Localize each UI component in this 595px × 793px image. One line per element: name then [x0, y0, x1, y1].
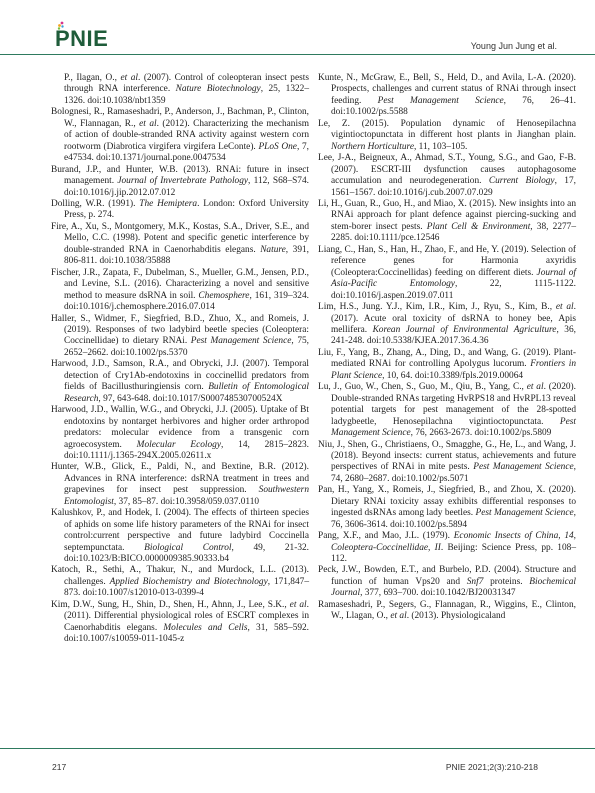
journal-citation: PNIE 2021;2(3):210-218 — [446, 762, 538, 772]
reference-entry: Lee, J-A., Beigneux, A., Ahmad, S.T., Yo… — [318, 153, 576, 199]
reference-entry: Pang, X.F., and Mao, J.L. (1979). Econom… — [318, 531, 576, 565]
page-number: 217 — [52, 762, 66, 772]
reference-entry: Le, Z. (2015). Population dynamic of Hen… — [318, 119, 576, 153]
reference-entry: P., Ilagan, O., et al. (2007). Control o… — [51, 73, 309, 107]
reference-text: , 11, 103–105. — [414, 142, 467, 152]
reference-italic-text: The Hemiptera — [139, 199, 197, 209]
reference-entry: Haller, S., Widmer, F., Siegfried, B.D.,… — [51, 314, 309, 360]
reference-text: , 97, 643-648. doi:10.1017/S000748530700… — [98, 394, 282, 404]
reference-text: , 10, 64. doi:10.3389/fpls.2019.00064 — [382, 371, 523, 381]
reference-italic-text: et al — [527, 382, 544, 392]
footer-rule — [0, 748, 595, 749]
reference-italic-text: et al — [120, 73, 138, 83]
reference-entry: Li, H., Guan, R., Guo, H., and Miao, X. … — [318, 199, 576, 245]
reference-text: , 76, 2663-2673. doi:10.1002/ps.5809 — [411, 428, 552, 438]
reference-italic-text: Pest Management Science — [191, 336, 292, 346]
reference-italic-text: Biological Control — [144, 543, 231, 553]
reference-italic-text: et al — [290, 600, 307, 610]
reference-entry: Kunte, N., McGraw, E., Bell, S., Held, D… — [318, 73, 576, 119]
reference-entry: Liang, C., Han, S., Han, H., Zhao, F., a… — [318, 245, 576, 302]
reference-text: Lim, H.S., Jung. Y.J., Kim, I.R., Kim, J… — [318, 302, 556, 312]
reference-italic-text: Nature — [260, 245, 286, 255]
reference-entry: Burand, J.P., and Hunter, W.B. (2013). R… — [51, 165, 309, 199]
reference-italic-text: Korean Journal of Environmental Agricult… — [373, 325, 557, 335]
reference-italic-text: Pest Management Science — [378, 96, 504, 106]
reference-entry: Pan, H., Yang, X., Romeis, J., Siegfried… — [318, 485, 576, 531]
reference-entry: Liu, F., Yang, B., Zhang, A., Ding, D., … — [318, 348, 576, 382]
reference-italic-text: Current Biology — [489, 176, 555, 186]
reference-text: Dolling, W.R. (1991). — [51, 199, 139, 209]
running-head-authors: Young Jun Jung et al. — [471, 41, 557, 51]
reference-entry: Lim, H.S., Jung. Y.J., Kim, I.R., Kim, J… — [318, 302, 576, 348]
reference-entry: Peck, J.W., Bowden, E.T., and Burbelo, P… — [318, 565, 576, 599]
reference-italic-text: Northern Horticulture — [331, 142, 414, 152]
journal-logo: PNIE — [55, 28, 108, 50]
reference-italic-text: et al — [556, 302, 574, 312]
reference-entry: Lu, J., Guo, W., Chen, S., Guo, M., Qiu,… — [318, 382, 576, 439]
reference-entry: Bolognesi, R., Ramaseshadri, P., Anderso… — [51, 107, 309, 164]
reference-entry: Ramaseshadri, P., Segers, G., Flannagan,… — [318, 600, 576, 623]
references-column-right: Kunte, N., McGraw, E., Bell, S., Held, D… — [318, 73, 576, 623]
reference-text: Pang, X.F., and Mao, J.L. (1979). — [318, 531, 454, 541]
reference-entry: Kalushkov, P., and Hodek, I. (2004). The… — [51, 508, 309, 565]
reference-italic-text: et al — [390, 611, 406, 621]
reference-text: Le, Z. (2015). Population dynamic of Hen… — [318, 119, 576, 140]
reference-italic-text: Nature Biotechnology — [176, 84, 261, 94]
reference-italic-text: Pest Management Science — [476, 508, 574, 518]
reference-italic-text: Plant Cell & Environment — [427, 222, 531, 232]
reference-text: , 37, 85–87. doi:10.3958/059.037.0110 — [114, 497, 259, 507]
references-column-left: P., Ilagan, O., et al. (2007). Control o… — [51, 73, 309, 646]
reference-italic-text: Chemosphere — [198, 291, 249, 301]
reference-text: Kim, D.W., Sung, H., Shin, D., Shen, H.,… — [51, 600, 290, 610]
reference-italic-text: Applied Biochemistry and Biotechnology — [110, 577, 268, 587]
reference-entry: Fischer, J.R., Zapata, F., Dubelman, S.,… — [51, 268, 309, 314]
reference-text: P., Ilagan, O., — [64, 73, 120, 83]
header-rule — [0, 54, 595, 55]
reference-italic-text: Journal of Invertebrate Pathology — [117, 176, 248, 186]
reference-italic-text: et al — [139, 119, 156, 129]
reference-text: proteins. — [483, 577, 529, 587]
reference-entry: Hunter, W.B., Glick, E., Paldi, N., and … — [51, 462, 309, 508]
reference-entry: Fire, A., Xu, S., Montgomery, M.K., Kost… — [51, 222, 309, 268]
reference-italic-text: Molecules and Cells — [163, 623, 247, 633]
reference-text: . (2013). Physiologicaland — [407, 611, 506, 621]
reference-italic-text: Pest Management Science — [473, 462, 573, 472]
reference-entry: Harwood, J.D., Samson, R.A., and Obrycki… — [51, 359, 309, 405]
reference-entry: Katoch, R., Sethi, A., Thakur, N., and M… — [51, 565, 309, 599]
reference-italic-text: Snf7 — [467, 577, 484, 587]
reference-entry: Kim, D.W., Sung, H., Shin, D., Shen, H.,… — [51, 600, 309, 646]
reference-italic-text: PLoS One — [258, 142, 297, 152]
reference-entry: Harwood, J.D., Wallin, W.G., and Obrycki… — [51, 405, 309, 462]
reference-text: Lu, J., Guo, W., Chen, S., Guo, M., Qiu,… — [318, 382, 527, 392]
reference-entry: Niu, J., Shen, G., Christiaens, O., Smag… — [318, 440, 576, 486]
page-header: PNIE Young Jun Jung et al. — [0, 0, 595, 56]
reference-italic-text: Molecular Ecology — [137, 440, 221, 450]
reference-entry: Dolling, W.R. (1991). The Hemiptera. Lon… — [51, 199, 309, 222]
reference-text: , 377, 693–700. doi:10.1042/BJ20031347 — [360, 588, 515, 598]
